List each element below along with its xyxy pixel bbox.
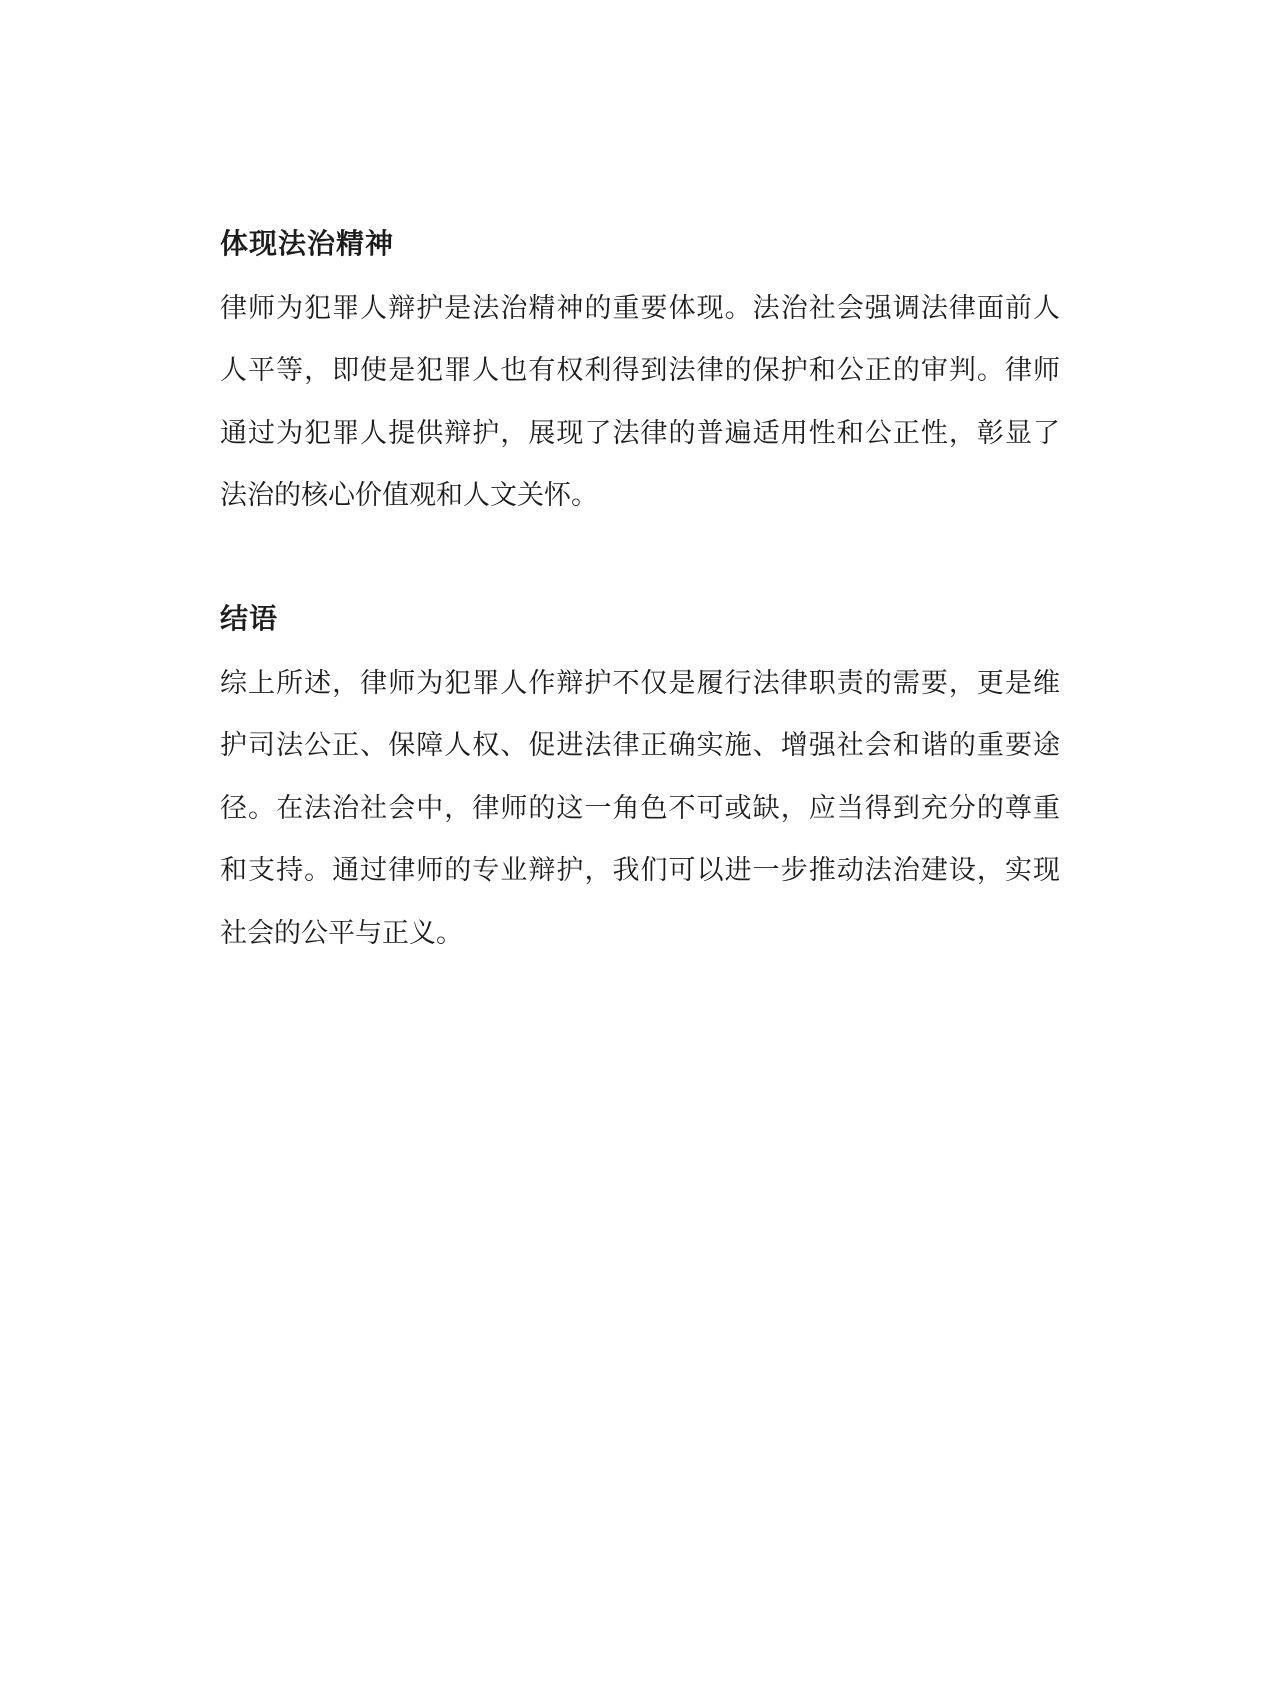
paragraph-line: 通过为犯罪人提供辩护，展现了法律的普遍适用性和公正性，彰显了: [220, 402, 1060, 465]
section-conclusion: 结语 综上所述，律师为犯罪人作辩护不仅是履行法律职责的需要，更是维 护司法公正、…: [220, 589, 1060, 964]
document-page: 体现法治精神 律师为犯罪人辩护是法治精神的重要体现。法治社会强调法律面前人 人平…: [0, 0, 1280, 1707]
paragraph-line: 护司法公正、保障人权、促进法律正确实施、增强社会和谐的重要途: [220, 714, 1060, 777]
paragraph-line: 和支持。通过律师的专业辩护，我们可以进一步推动法治建设，实现: [220, 839, 1060, 902]
paragraph-line: 径。在法治社会中，律师的这一角色不可或缺，应当得到充分的尊重: [220, 777, 1060, 840]
paragraph-line: 法治的核心价值观和人文关怀。: [220, 464, 1060, 527]
paragraph-line: 社会的公平与正义。: [220, 902, 1060, 965]
section-heading: 体现法治精神: [220, 214, 1060, 277]
paragraph-line: 律师为犯罪人辩护是法治精神的重要体现。法治社会强调法律面前人: [220, 277, 1060, 340]
section-rule-of-law-spirit: 体现法治精神 律师为犯罪人辩护是法治精神的重要体现。法治社会强调法律面前人 人平…: [220, 214, 1060, 527]
section-heading: 结语: [220, 589, 1060, 652]
paragraph-line: 综上所述，律师为犯罪人作辩护不仅是履行法律职责的需要，更是维: [220, 652, 1060, 715]
paragraph-line: 人平等，即使是犯罪人也有权利得到法律的保护和公正的审判。律师: [220, 339, 1060, 402]
text-block: 体现法治精神 律师为犯罪人辩护是法治精神的重要体现。法治社会强调法律面前人 人平…: [220, 214, 1060, 964]
